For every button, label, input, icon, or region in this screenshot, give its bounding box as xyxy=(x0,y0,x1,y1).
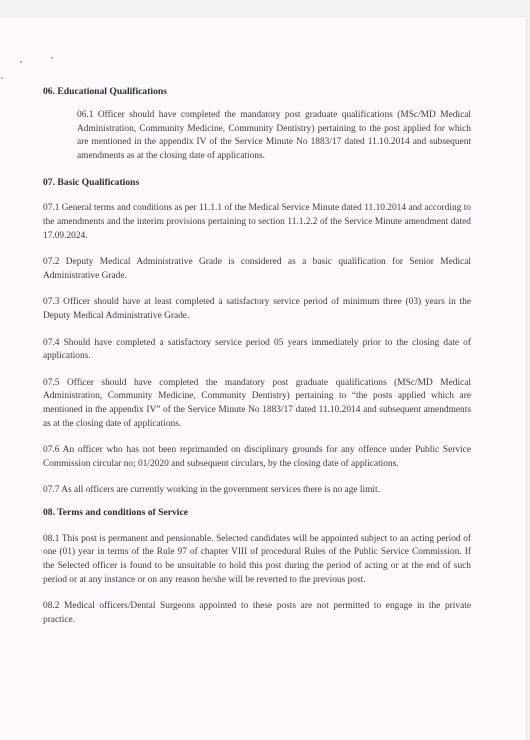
scan-speck xyxy=(20,61,22,63)
scan-speck xyxy=(1,77,3,79)
paragraph-07-7: 07.7 As all officers are currently worki… xyxy=(43,484,471,498)
section-heading-basic-qualifications: 07. Basic Qualifications xyxy=(43,176,471,190)
paragraph-06-1: 06.1 Officer should have completed the m… xyxy=(77,109,471,163)
paragraph-07-6: 07.6 An officer who has not been reprima… xyxy=(43,444,471,471)
section-heading-educational-qualifications: 06. Educational Qualifications xyxy=(43,85,471,99)
document-content: 06. Educational Qualifications 06.1 Offi… xyxy=(43,85,471,640)
section-heading-terms-and-conditions: 08. Terms and conditions of Service xyxy=(43,506,471,520)
paragraph-07-2: 07.2 Deputy Medical Administrative Grade… xyxy=(43,256,471,283)
paragraph-07-4: 07.4 Should have completed a satisfactor… xyxy=(43,337,471,364)
paragraph-07-1: 07.1 General terms and conditions as per… xyxy=(43,202,471,243)
paragraph-07-5: 07.5 Officer should have completed the m… xyxy=(43,377,471,431)
paragraph-08-1: 08.1 This post is permanent and pensiona… xyxy=(43,533,471,587)
paragraph-07-3: 07.3 Officer should have at least comple… xyxy=(43,296,471,323)
scan-speck xyxy=(51,57,53,59)
document-page: 06. Educational Qualifications 06.1 Offi… xyxy=(0,17,527,740)
paragraph-08-2: 08.2 Medical officers/Dental Surgeons ap… xyxy=(43,600,471,627)
